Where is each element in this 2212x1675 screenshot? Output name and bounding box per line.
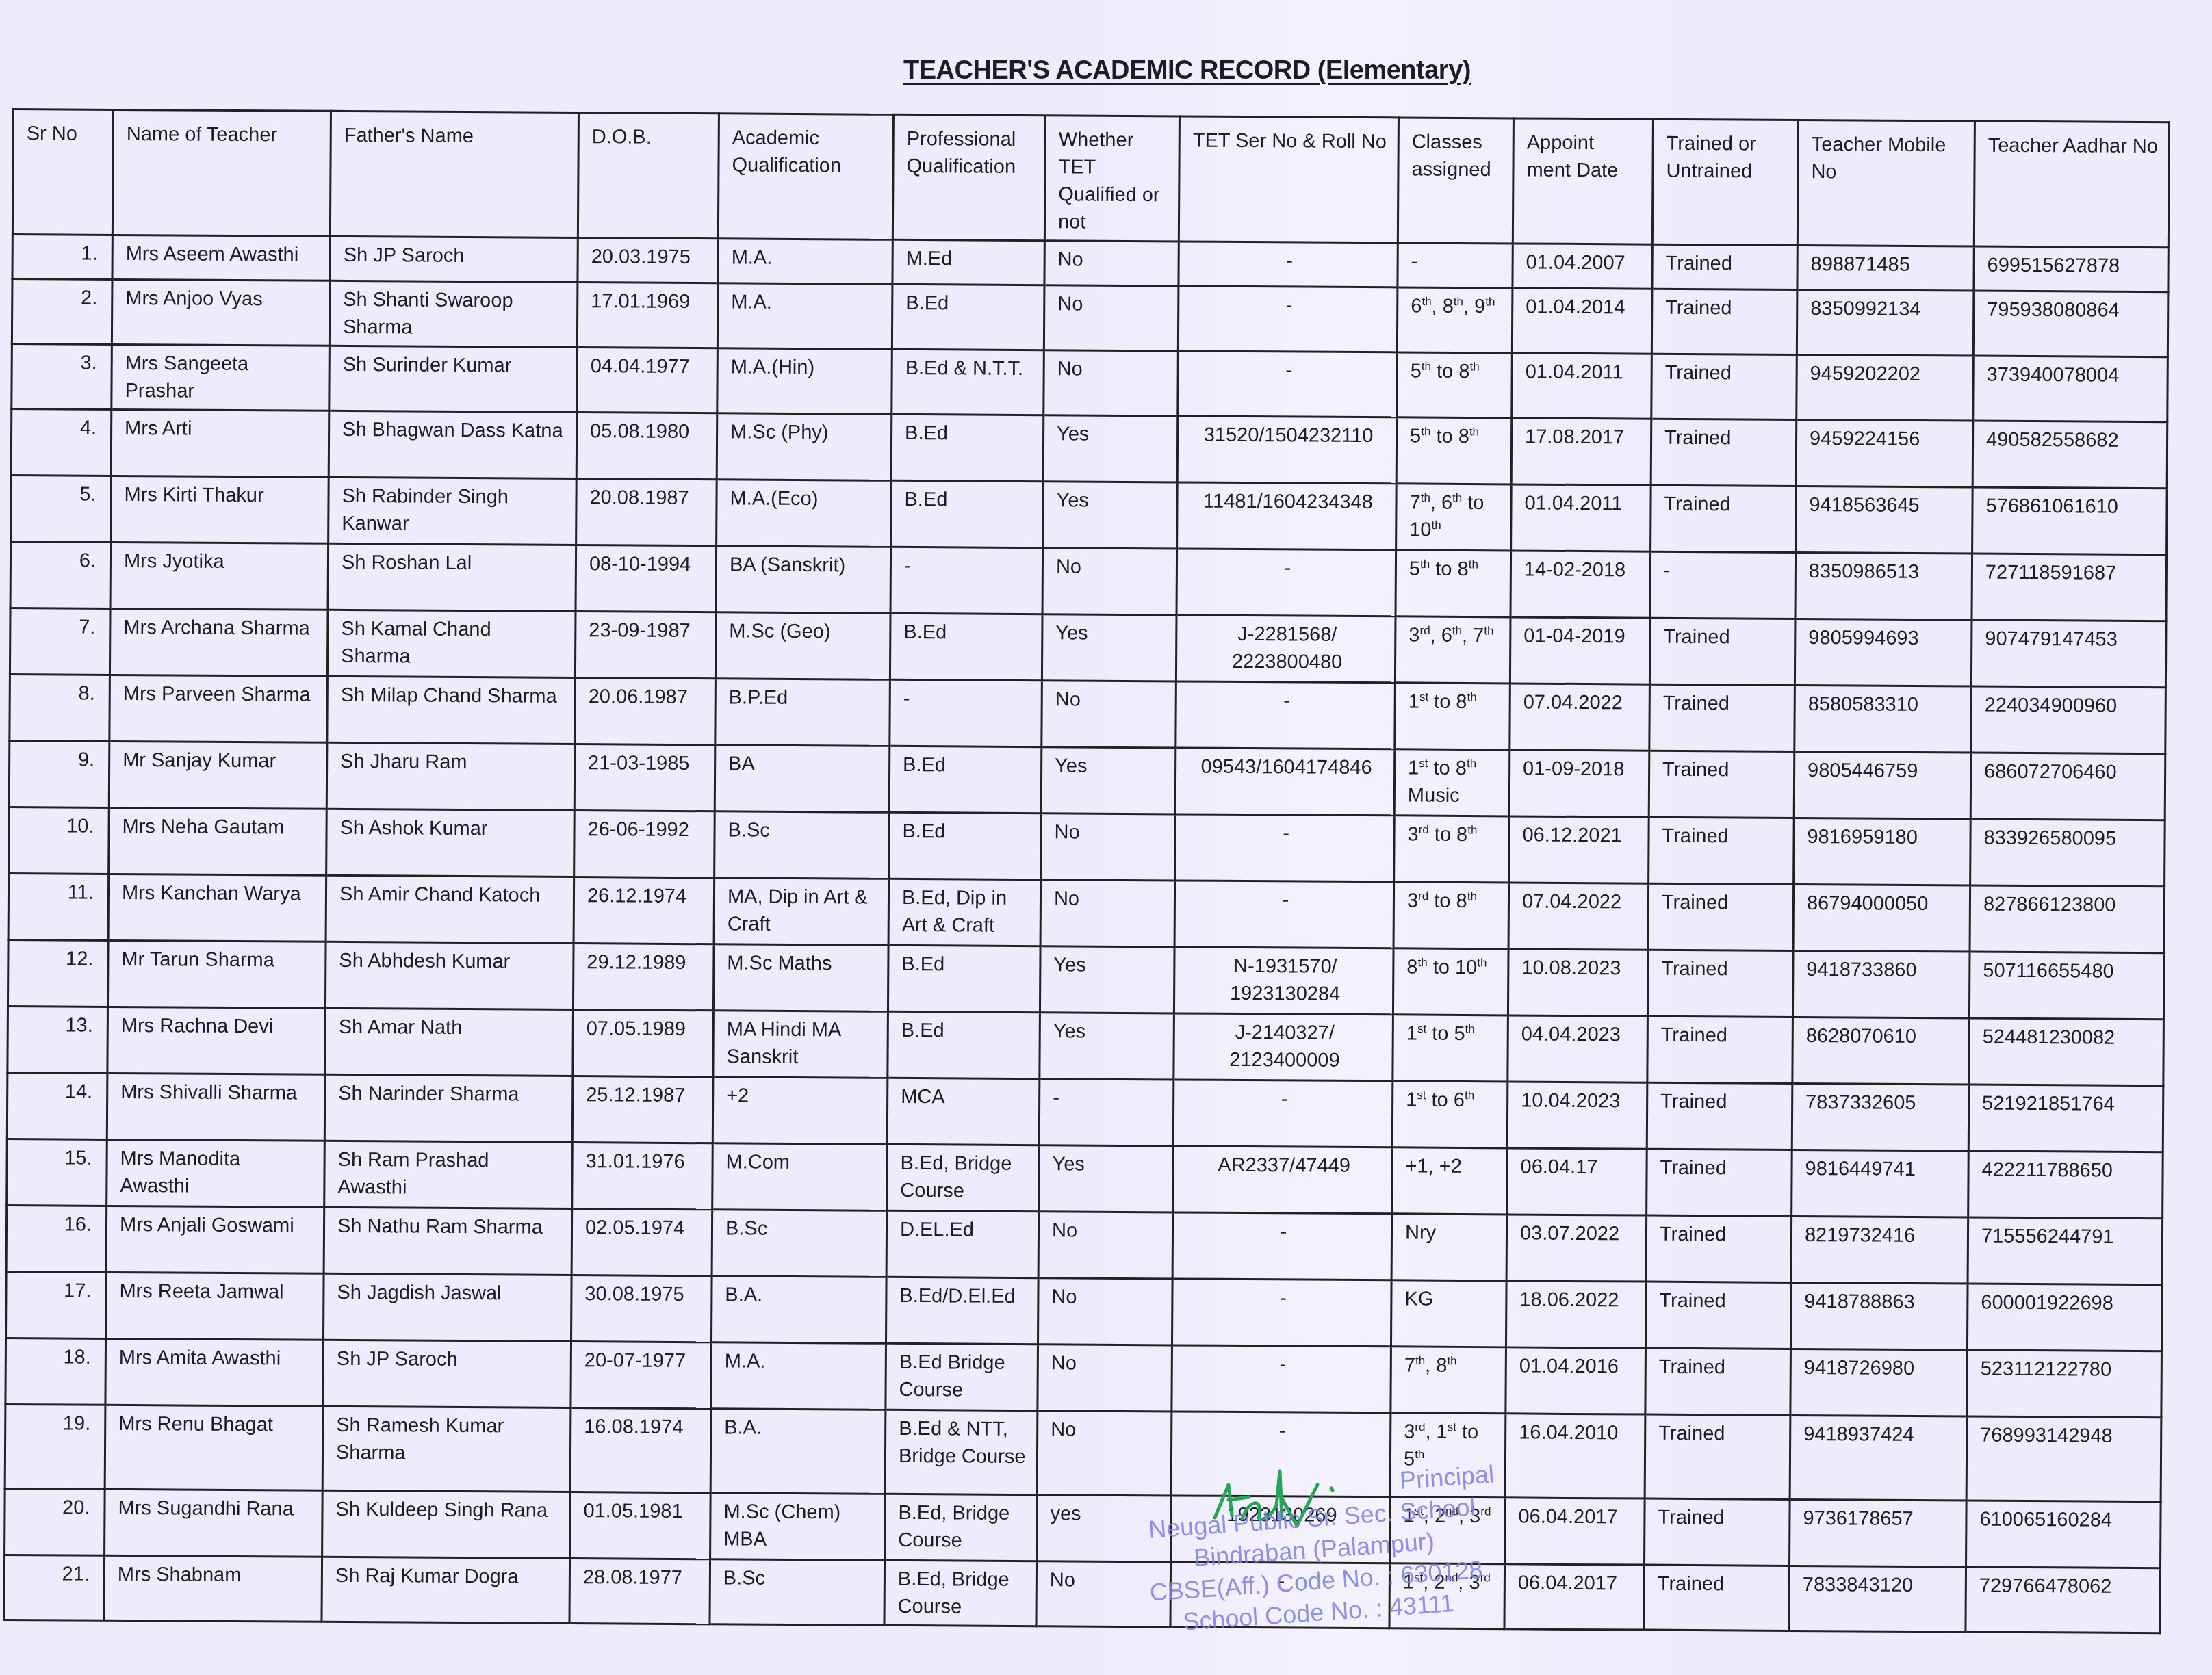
cell-appointment-date: 04.04.2023 (1508, 1015, 1648, 1082)
cell-aadhar-no: 373940078004 (1973, 356, 2168, 422)
cell-dob: 26.12.1974 (574, 877, 715, 944)
cell-aadhar-no: 524481230082 (1969, 1018, 2164, 1086)
cell-academic-qualification: M.Sc Maths (713, 944, 888, 1012)
cell-tet-ser-roll-no: - (1174, 881, 1394, 948)
cell-teacher-name: Mrs Manodita Awasthi (107, 1139, 325, 1207)
cell-appointment-date: 06.04.2017 (1505, 1498, 1645, 1565)
cell-appointment-date: 01.04.2011 (1511, 484, 1651, 551)
cell-mobile-no: 8628070610 (1792, 1017, 1970, 1085)
cell-tet-qualified: No (1044, 350, 1179, 416)
cell-professional-qualification: B.Ed & NTT, Bridge Course (885, 1410, 1038, 1494)
cell-mobile-no: 9459202202 (1797, 354, 1974, 421)
table-row: 17.Mrs Reeta JamwalSh Jagdish Jaswal30.0… (6, 1271, 2163, 1351)
cell-academic-qualification: M.Sc (Geo) (715, 612, 890, 680)
cell-professional-qualification: B.Ed, Bridge Course (884, 1560, 1037, 1626)
cell-father-name: Sh Nathu Ram Sharma (324, 1207, 572, 1275)
cell-professional-qualification: B.Ed (888, 1011, 1040, 1078)
cell-father-name: Sh Ram Prashad Awasthi (324, 1141, 573, 1208)
cell-classes-assigned: 5th to 8th (1396, 550, 1511, 617)
cell-tet-ser-roll-no: J-2140327/ 2123400009 (1174, 1013, 1393, 1081)
cell-mobile-no: 9805994693 (1795, 619, 1972, 686)
cell-tet-ser-roll-no: 11481/1604234348 (1177, 482, 1397, 550)
cell-academic-qualification: M.A. (711, 1342, 886, 1410)
cell-classes-assigned: 1st to 8th (1395, 683, 1510, 750)
cell-mobile-no: 898871485 (1797, 245, 1974, 291)
cell-classes-assigned: 1st to 6th (1392, 1081, 1508, 1148)
cell-dob: 30.08.1975 (571, 1275, 712, 1342)
cell-father-name: Sh Narinder Sharma (324, 1074, 573, 1142)
cell-classes-assigned: 3rd to 8th (1394, 816, 1510, 883)
cell-father-name: Sh Roshan Lal (328, 543, 576, 611)
cell-tet-ser-roll-no: N-1931570/ 1923130284 (1174, 947, 1393, 1015)
cell-teacher-name: Mrs Amita Awasthi (105, 1338, 324, 1406)
cell-classes-assigned: Nry (1391, 1214, 1507, 1281)
cell-tet-ser-roll-no: AR2337/47449 (1173, 1146, 1393, 1214)
cell-tet-ser-roll-no: - (1172, 1212, 1392, 1280)
cell-teacher-name: Mrs Aseem Awasthi (112, 235, 330, 281)
cell-teacher-name: Mrs Kirti Thakur (111, 476, 329, 543)
cell-mobile-no: 86794000050 (1793, 884, 1970, 952)
cell-trained-status: Trained (1645, 1282, 1791, 1349)
cell-appointment-date: 18.06.2022 (1506, 1281, 1646, 1348)
header-tet-ser-roll-no: TET Ser No & Roll No (1179, 116, 1398, 243)
header-dob: D.O.B. (578, 113, 719, 239)
cell-aadhar-no: 827866123800 (1970, 885, 2165, 953)
cell-sr-no: 11. (8, 873, 109, 940)
header-appointment-date: Appoint ment Date (1513, 118, 1653, 244)
cell-aadhar-no: 795938080864 (1973, 291, 2168, 357)
cell-sr-no: 16. (6, 1205, 107, 1272)
table-row: 20.Mrs Sugandhi RanaSh Kuldeep Singh Ran… (5, 1488, 2161, 1568)
cell-dob: 26-06-1992 (574, 811, 715, 878)
cell-tet-qualified: Yes (1043, 482, 1178, 549)
cell-appointment-date: 10.08.2023 (1508, 949, 1648, 1016)
cell-father-name: Sh Rabinder Singh Kanwar (329, 477, 577, 545)
cell-academic-qualification: M.Com (712, 1143, 888, 1211)
cell-dob: 07.05.1989 (573, 1010, 714, 1077)
cell-mobile-no: 9418937424 (1790, 1415, 1967, 1501)
cell-tet-qualified: No (1044, 285, 1179, 351)
cell-academic-qualification: B.A. (710, 1409, 886, 1494)
cell-trained-status: - (1650, 551, 1796, 619)
cell-appointment-date: 17.08.2017 (1511, 418, 1651, 485)
table-row: 11.Mrs Kanchan WaryaSh Amir Chand Katoch… (8, 873, 2165, 952)
table-row: 8.Mrs Parveen SharmaSh Milap Chand Sharm… (10, 674, 2166, 753)
table-header-row: Sr No Name of Teacher Father's Name D.O.… (12, 109, 2169, 248)
cell-teacher-name: Mrs Neha Gautam (109, 807, 327, 875)
cell-appointment-date: 01.04.2016 (1506, 1347, 1646, 1414)
cell-father-name: Sh Abhdesh Kumar (325, 942, 574, 1009)
header-aadhar-no: Teacher Aadhar No (1974, 121, 2169, 248)
cell-tet-ser-roll-no: - (1176, 549, 1396, 616)
cell-tet-qualified: No (1040, 880, 1175, 947)
cell-professional-qualification: MCA (887, 1078, 1040, 1145)
cell-aadhar-no: 686072706460 (1970, 753, 2165, 820)
cell-dob: 04.04.1977 (577, 348, 718, 413)
cell-dob: 02.05.1974 (571, 1209, 712, 1276)
cell-mobile-no: 7837332605 (1792, 1083, 1969, 1151)
cell-trained-status: Trained (1647, 950, 1793, 1017)
cell-father-name: Sh Jharu Ram (326, 742, 575, 810)
cell-tet-ser-roll-no: - (1172, 1345, 1391, 1413)
cell-teacher-name: Mrs Anjali Goswami (106, 1206, 324, 1273)
cell-mobile-no: 9805446759 (1794, 751, 1971, 819)
cell-classes-assigned: 1st to 5th (1393, 1015, 1508, 1082)
cell-tet-qualified: Yes (1039, 1145, 1174, 1212)
header-classes-assigned: Classes assigned (1398, 118, 1513, 244)
cell-professional-qualification: B.Ed, Dip in Art & Craft (888, 879, 1041, 946)
cell-mobile-no: 9816449741 (1792, 1150, 1969, 1217)
cell-sr-no: 9. (9, 740, 110, 807)
cell-teacher-name: Mrs Rachna Devi (107, 1007, 326, 1074)
cell-trained-status: Trained (1649, 751, 1795, 818)
cell-tet-qualified: No (1038, 1212, 1173, 1279)
cell-sr-no: 8. (10, 674, 110, 741)
cell-academic-qualification: M.A.(Hin) (717, 348, 892, 415)
cell-academic-qualification: +2 (712, 1077, 888, 1145)
cell-tet-ser-roll-no: - (1172, 1279, 1391, 1347)
cell-sr-no: 18. (5, 1338, 106, 1405)
cell-tet-qualified: No (1042, 548, 1177, 615)
table-row: 14.Mrs Shivalli SharmaSh Narinder Sharma… (7, 1072, 2163, 1152)
cell-father-name: Sh JP Saroch (323, 1340, 571, 1407)
cell-father-name: Sh Bhagwan Dass Katna (329, 411, 577, 478)
cell-sr-no: 13. (8, 1006, 108, 1073)
teacher-record-table: Sr No Name of Teacher Father's Name D.O.… (3, 108, 2170, 1634)
header-professional-qualification: Professional Qualification (892, 114, 1045, 240)
table-row: 9.Mr Sanjay KumarSh Jharu Ram21-03-1985B… (9, 740, 2165, 820)
cell-professional-qualification: B.Ed (888, 945, 1040, 1012)
cell-teacher-name: Mrs Reeta Jamwal (106, 1272, 324, 1340)
cell-dob: 23-09-1987 (575, 612, 716, 679)
cell-tet-qualified: Yes (1040, 1013, 1174, 1080)
cell-tet-qualified: Yes (1043, 415, 1178, 482)
cell-sr-no: 7. (10, 608, 110, 675)
table-row: 12.Mr Tarun SharmaSh Abhdesh Kumar29.12.… (8, 939, 2164, 1019)
cell-sr-no: 1. (12, 235, 112, 280)
cell-aadhar-no: 422211788650 (1968, 1151, 2163, 1219)
table-row: 18.Mrs Amita AwasthiSh JP Saroch20-07-19… (5, 1338, 2162, 1417)
cell-classes-assigned: 3rd to 8th (1393, 882, 1509, 949)
cell-sr-no: 17. (6, 1271, 107, 1338)
table-row: 13.Mrs Rachna DeviSh Amar Nath07.05.1989… (8, 1006, 2164, 1085)
cell-professional-qualification: B.Ed, Bridge Course (885, 1494, 1038, 1561)
cell-appointment-date: 10.04.2023 (1507, 1082, 1647, 1149)
cell-dob: 01.05.1981 (570, 1492, 711, 1559)
cell-teacher-name: Mrs Sugandhi Rana (105, 1489, 323, 1557)
cell-trained-status: Trained (1651, 485, 1797, 552)
cell-tet-ser-roll-no: - (1176, 681, 1396, 749)
cell-father-name: Sh Amir Chand Katoch (326, 875, 574, 943)
cell-appointment-date: 01.04.2014 (1512, 288, 1652, 354)
cell-father-name: Sh Raj Kumar Dogra (322, 1557, 570, 1623)
table-body: 1.Mrs Aseem AwasthiSh JP Saroch20.03.197… (4, 235, 2168, 1633)
cell-academic-qualification: BA (Sanskrit) (716, 546, 891, 614)
cell-tet-ser-roll-no: - (1179, 242, 1398, 287)
cell-teacher-name: Mrs Shivalli Sharma (107, 1073, 325, 1141)
cell-dob: 20.08.1987 (576, 479, 717, 546)
table-row: 21.Mrs ShabnamSh Raj Kumar Dogra28.08.19… (4, 1555, 2161, 1633)
cell-classes-assigned: 5th to 8th (1396, 417, 1512, 484)
cell-tet-ser-roll-no: 31520/1504232110 (1177, 416, 1397, 484)
cell-trained-status: Trained (1645, 1414, 1790, 1499)
cell-aadhar-no: 907479147453 (1971, 620, 2166, 688)
cell-mobile-no: 9418563645 (1796, 486, 1973, 554)
cell-tet-qualified: Yes (1041, 747, 1176, 814)
cell-aadhar-no: 600001922698 (1967, 1284, 2162, 1351)
cell-professional-qualification: B.Ed & N.T.T. (892, 349, 1044, 415)
cell-tet-ser-roll-no: J-2281568/ 2223800480 (1176, 615, 1396, 683)
cell-dob: 25.12.1987 (572, 1076, 713, 1143)
header-sr-no: Sr No (12, 109, 113, 235)
cell-teacher-name: Mrs Renu Bhagat (105, 1405, 323, 1490)
cell-trained-status: Trained (1652, 244, 1797, 289)
cell-tet-ser-roll-no: - (1175, 814, 1395, 882)
cell-trained-status: Trained (1646, 1215, 1792, 1282)
cell-professional-qualification: - (890, 547, 1043, 614)
cell-mobile-no: 9459224156 (1796, 419, 1973, 487)
cell-academic-qualification: B.P.Ed (715, 679, 890, 746)
cell-dob: 08-10-1994 (576, 545, 717, 612)
cell-professional-qualification: D.EL.Ed (886, 1210, 1039, 1277)
cell-aadhar-no: 521921851764 (1968, 1085, 2163, 1152)
cell-academic-qualification: MA Hindi MA Sanskrit (713, 1011, 888, 1078)
cell-tet-qualified: Yes (1040, 946, 1174, 1013)
cell-sr-no: 19. (5, 1404, 105, 1489)
document-title: TEACHER'S ACADEMIC RECORD (Elementary) (903, 56, 1471, 86)
cell-appointment-date: 03.07.2022 (1506, 1215, 1647, 1282)
cell-tet-ser-roll-no: - (1178, 286, 1398, 352)
cell-aadhar-no: 768993142948 (1966, 1416, 2161, 1502)
cell-mobile-no: 9418726980 (1790, 1349, 1968, 1416)
table-row: 10.Mrs Neha GautamSh Ashok Kumar26-06-19… (9, 807, 2165, 886)
cell-academic-qualification: B.Sc (712, 1210, 887, 1277)
table-row: 5.Mrs Kirti ThakurSh Rabinder Singh Kanw… (11, 475, 2168, 554)
cell-professional-qualification: B.Ed (892, 284, 1044, 350)
cell-aadhar-no: 224034900960 (1971, 686, 2166, 754)
cell-appointment-date: 07.04.2022 (1508, 883, 1649, 950)
cell-appointment-date: 01-04-2019 (1510, 617, 1650, 684)
cell-professional-qualification: B.Ed (890, 613, 1042, 680)
cell-appointment-date: 14-02-2018 (1510, 551, 1651, 618)
cell-father-name: Sh JP Saroch (330, 236, 578, 282)
cell-academic-qualification: B.A. (712, 1276, 887, 1344)
cell-father-name: Sh Amar Nath (325, 1008, 574, 1076)
cell-tet-qualified: No (1044, 241, 1179, 286)
cell-mobile-no: 9418733860 (1792, 950, 1970, 1018)
cell-sr-no: 4. (11, 409, 112, 476)
cell-professional-qualification: B.Ed (889, 812, 1042, 879)
cell-academic-qualification: M.Sc (Chem) MBA (710, 1493, 886, 1561)
cell-trained-status: Trained (1647, 1082, 1792, 1150)
cell-father-name: Sh Shanti Swaroop Sharma (329, 281, 578, 347)
cell-trained-status: Trained (1645, 1348, 1791, 1415)
cell-mobile-no: 8219732416 (1791, 1216, 1968, 1284)
cell-academic-qualification: M.A. (718, 239, 892, 285)
cell-classes-assigned: 6th, 8th, 9th (1397, 287, 1513, 353)
cell-appointment-date: 01.04.2011 (1512, 353, 1652, 419)
cell-academic-qualification: M.A. (717, 283, 892, 350)
cell-aadhar-no: 523112122780 (1967, 1350, 2162, 1418)
cell-aadhar-no: 490582558682 (1972, 421, 2168, 489)
cell-trained-status: Trained (1649, 684, 1795, 751)
cell-trained-status: Trained (1647, 1149, 1792, 1216)
cell-academic-qualification: MA, Dip in Art & Craft (714, 878, 889, 946)
cell-mobile-no: 9418788863 (1790, 1282, 1968, 1350)
cell-aadhar-no: 576861061610 (1972, 487, 2168, 555)
cell-mobile-no: 7833843120 (1789, 1566, 1966, 1632)
cell-academic-qualification: B.Sc (715, 811, 890, 879)
cell-dob: 05.08.1980 (576, 413, 717, 480)
cell-professional-qualification: B.Ed (891, 414, 1044, 481)
cell-tet-qualified: Yes (1042, 614, 1176, 681)
cell-classes-assigned: KG (1391, 1280, 1506, 1347)
cell-father-name: Sh Milap Chand Sharma (327, 676, 576, 744)
cell-classes-assigned: - (1398, 243, 1513, 288)
header-academic-qualification: Academic Qualification (718, 114, 893, 240)
cell-classes-assigned: 3rd, 6th, 7th (1395, 616, 1510, 684)
cell-professional-qualification: B.Ed Bridge Course (886, 1343, 1038, 1410)
cell-sr-no: 3. (12, 344, 112, 410)
cell-tet-ser-roll-no: - (1178, 351, 1398, 417)
cell-aadhar-no: 727118591687 (1972, 554, 2167, 621)
cell-trained-status: Trained (1649, 618, 1795, 685)
header-name-of-teacher: Name of Teacher (112, 109, 331, 236)
cell-professional-qualification: B.Ed (889, 746, 1042, 813)
cell-teacher-name: Mrs Jyotika (110, 542, 329, 610)
cell-teacher-name: Mrs Anjoo Vyas (112, 279, 330, 346)
cell-teacher-name: Mrs Parveen Sharma (110, 675, 328, 742)
cell-professional-qualification: - (890, 679, 1042, 746)
cell-appointment-date: 01.04.2007 (1513, 244, 1652, 289)
cell-teacher-name: Mr Sanjay Kumar (109, 741, 327, 809)
table-row: 7.Mrs Archana SharmaSh Kamal Chand Sharm… (10, 608, 2166, 687)
cell-mobile-no: 8350992134 (1797, 289, 1974, 356)
cell-sr-no: 2. (12, 279, 112, 345)
cell-tet-ser-roll-no: - (1173, 1080, 1393, 1147)
cell-sr-no: 14. (7, 1072, 107, 1139)
cell-sr-no: 21. (4, 1555, 105, 1620)
table-row: 19.Mrs Renu BhagatSh Ramesh Kumar Sharma… (5, 1404, 2161, 1501)
cell-professional-qualification: M.Ed (892, 239, 1044, 285)
cell-aadhar-no: 729766478062 (1966, 1567, 2161, 1633)
header-mobile-no: Teacher Mobile No (1797, 120, 1975, 246)
cell-classes-assigned: 7th, 8th (1391, 1347, 1506, 1414)
cell-classes-assigned: 8th to 10th (1393, 948, 1508, 1015)
cell-dob: 21-03-1985 (574, 744, 715, 811)
cell-dob: 29.12.1989 (573, 944, 714, 1011)
cell-aadhar-no: 610065160284 (1966, 1501, 2161, 1568)
cell-teacher-name: Mr Tarun Sharma (107, 940, 326, 1008)
cell-dob: 20.03.1975 (578, 238, 718, 283)
cell-dob: 20-07-1977 (571, 1342, 712, 1409)
cell-trained-status: Trained (1651, 289, 1797, 354)
cell-appointment-date: 16.04.2010 (1505, 1414, 1645, 1498)
cell-tet-qualified: No (1041, 814, 1176, 881)
cell-appointment-date: 01-09-2018 (1509, 750, 1649, 817)
cell-trained-status: Trained (1647, 1016, 1793, 1083)
cell-father-name: Sh Surinder Kumar (329, 346, 578, 412)
cell-father-name: Sh Kuldeep Singh Rana (322, 1490, 571, 1558)
table-row: 16.Mrs Anjali GoswamiSh Nathu Ram Sharma… (6, 1205, 2163, 1284)
cell-classes-assigned: +1, +2 (1392, 1147, 1508, 1215)
cell-academic-qualification: BA (715, 745, 890, 813)
cell-tet-qualified: No (1038, 1345, 1172, 1412)
cell-teacher-name: Mrs Kanchan Warya (108, 874, 326, 942)
cell-appointment-date: 06.04.17 (1507, 1148, 1647, 1215)
cell-teacher-name: Mrs Arti (111, 409, 329, 477)
cell-mobile-no: 8580583310 (1795, 685, 1972, 753)
header-tet-qualified: Whether TET Qualified or not (1044, 116, 1179, 242)
cell-professional-qualification: B.Ed (891, 480, 1044, 547)
table-row: 15.Mrs Manodita AwasthiSh Ram Prashad Aw… (7, 1139, 2163, 1218)
header-trained-untrained: Trained or Untrained (1652, 119, 1798, 245)
cell-sr-no: 6. (10, 541, 111, 608)
cell-father-name: Sh Jagdish Jaswal (324, 1273, 572, 1341)
cell-father-name: Sh Ramesh Kumar Sharma (322, 1406, 571, 1492)
table-row: 6.Mrs JyotikaSh Roshan Lal08-10-1994BA (… (10, 541, 2167, 621)
cell-sr-no: 20. (5, 1488, 105, 1555)
cell-teacher-name: Mrs Sangeeta Prashar (112, 344, 330, 411)
cell-mobile-no: 9816959180 (1794, 818, 1971, 885)
cell-dob: 20.06.1987 (575, 678, 716, 745)
cell-aadhar-no: 699515627878 (1974, 246, 2168, 292)
cell-classes-assigned: 1st to 8th Music (1394, 749, 1510, 816)
cell-trained-status: Trained (1648, 883, 1794, 950)
cell-aadhar-no: 715556244791 (1968, 1217, 2163, 1285)
cell-aadhar-no: 507116655480 (1969, 952, 2164, 1020)
cell-classes-assigned: 5th to 8th (1397, 352, 1513, 418)
cell-appointment-date: 07.04.2022 (1510, 684, 1650, 751)
cell-dob: 28.08.1977 (569, 1559, 710, 1624)
cell-mobile-no: 8350986513 (1795, 552, 1972, 620)
cell-trained-status: Trained (1651, 419, 1797, 486)
cell-tet-ser-roll-no: 09543/1604174846 (1175, 748, 1395, 816)
cell-appointment-date: 06.04.2017 (1504, 1564, 1645, 1630)
cell-trained-status: Trained (1649, 817, 1795, 884)
cell-father-name: Sh Kamal Chand Sharma (327, 610, 576, 677)
cell-teacher-name: Mrs Archana Sharma (110, 608, 328, 676)
cell-dob: 16.08.1974 (570, 1408, 711, 1493)
cell-mobile-no: 9736178657 (1790, 1499, 1967, 1567)
cell-academic-qualification: B.Sc (710, 1559, 885, 1626)
cell-teacher-name: Mrs Shabnam (104, 1555, 322, 1622)
cell-academic-qualification: M.Sc (Phy) (717, 413, 892, 481)
cell-sr-no: 5. (11, 475, 112, 542)
cell-sr-no: 10. (9, 807, 110, 874)
cell-tet-qualified: - (1039, 1079, 1174, 1146)
cell-trained-status: Trained (1651, 354, 1797, 419)
header-fathers-name: Father's Name (330, 111, 578, 237)
cell-professional-qualification: B.Ed, Bridge Course (887, 1144, 1040, 1211)
cell-trained-status: Trained (1645, 1498, 1790, 1566)
cell-sr-no: 15. (7, 1139, 107, 1206)
cell-tet-qualified: No (1038, 1278, 1172, 1345)
cell-tet-qualified: No (1042, 681, 1176, 748)
cell-sr-no: 12. (8, 939, 108, 1007)
cell-trained-status: Trained (1644, 1565, 1790, 1631)
table-row: 4.Mrs ArtiSh Bhagwan Dass Katna05.08.198… (11, 409, 2168, 489)
cell-academic-qualification: M.A.(Eco) (717, 480, 892, 547)
cell-dob: 31.01.1976 (572, 1143, 713, 1210)
cell-father-name: Sh Ashok Kumar (326, 809, 575, 877)
school-stamp: Principal Neugal Public Sr. Sec. School … (1118, 1458, 1511, 1642)
cell-professional-qualification: B.Ed/D.El.Ed (886, 1277, 1038, 1344)
cell-appointment-date: 06.12.2021 (1509, 816, 1649, 883)
cell-aadhar-no: 833926580095 (1970, 819, 2165, 887)
cell-classes-assigned: 7th, 6th to 10th (1396, 484, 1512, 551)
cell-dob: 17.01.1969 (577, 283, 718, 348)
